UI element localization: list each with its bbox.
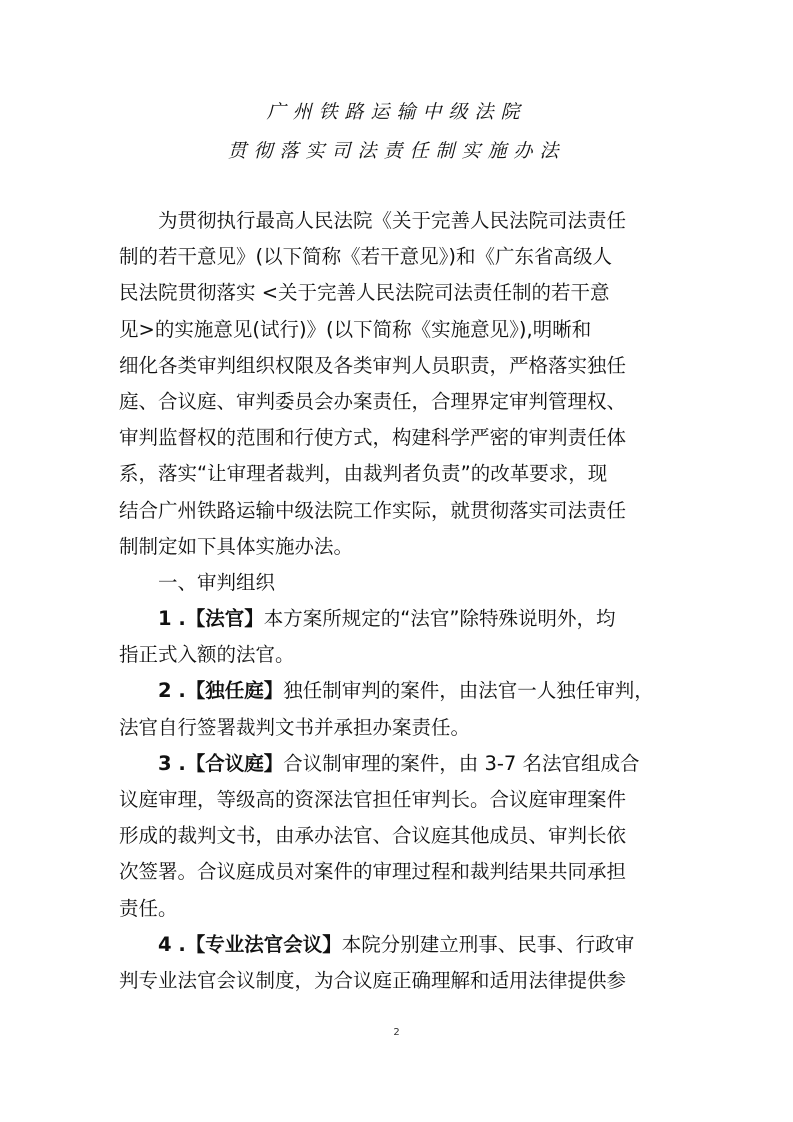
item-number: 4 . [158, 927, 186, 963]
item-line: 形成的裁判文书，由承办法官、合议庭其他成员、审判长依 [119, 818, 679, 854]
item-line: 责任。 [119, 891, 679, 927]
preamble-line: 为贯彻执行最高人民法院《关于完善人民法院司法责任 [119, 203, 679, 239]
preamble-line: 制的若干意见》(以下简称《若干意见》)和《广东省高级人 [119, 239, 679, 275]
preamble-line: 庭、合议庭、审判委员会办案责任，合理界定审判管理权、 [119, 384, 679, 420]
item-line: 次签署。合议庭成员对案件的审理过程和裁判结果共同承担 [119, 854, 679, 890]
item-1-first-line: 1 .【法官】本方案所规定的“法官”除特殊说明外，均 [119, 601, 679, 637]
section-heading: 一、审判组织 [119, 565, 679, 601]
item-label: 【法官】 [186, 601, 264, 637]
preamble-line: 系，落实“让审理者裁判，由裁判者负责”的改革要求，现 [119, 456, 679, 492]
item-line: 议庭审理，等级高的资深法官担任审判长。合议庭审理案件 [119, 782, 679, 818]
preamble-line: 细化各类审判组织权限及各类审判人员职责，严格落实独任 [119, 348, 679, 384]
item-text: 独任制审判的案件，由法官一人独任审判， [283, 673, 654, 709]
item-line: 法官自行签署裁判文书并承担办案责任。 [119, 710, 679, 746]
item-4-first-line: 4 .【专业法官会议】本院分别建立刑事、民事、行政审 [119, 927, 679, 963]
preamble-line: 结合广州铁路运输中级法院工作实际，就贯彻落实司法责任 [119, 493, 679, 529]
preamble-line: 见>的实施意见(试行)》(以下简称《实施意见》),明晰和 [119, 312, 679, 348]
page-number: 2 [0, 1027, 793, 1038]
document-title-line-1: 广州铁路运输中级法院 [0, 97, 793, 124]
item-label: 【专业法官会议】 [186, 927, 342, 963]
item-label: 【独任庭】 [186, 673, 284, 709]
item-3-first-line: 3 .【合议庭】合议制审理的案件，由 3-7 名法官组成合 [119, 746, 679, 782]
item-text: 合议制审理的案件，由 3-7 名法官组成合 [283, 746, 639, 782]
item-number: 3 . [158, 746, 186, 782]
preamble-line: 民法院贯彻落实 <关于完善人民法院司法责任制的若干意 [119, 275, 679, 311]
item-text: 本院分别建立刑事、民事、行政审 [342, 927, 635, 963]
item-line: 判专业法官会议制度，为合议庭正确理解和适用法律提供参 [119, 963, 679, 999]
preamble-line: 审判监督权的范围和行使方式，构建科学严密的审判责任体 [119, 420, 679, 456]
preamble-line: 制制定如下具体实施办法。 [119, 529, 679, 565]
item-number: 2 . [158, 673, 186, 709]
item-number: 1 . [158, 601, 186, 637]
document-body: 为贯彻执行最高人民法院《关于完善人民法院司法责任 制的若干意见》(以下简称《若干… [119, 203, 679, 999]
item-line: 指正式入额的法官。 [119, 637, 679, 673]
item-label: 【合议庭】 [186, 746, 284, 782]
item-text: 本方案所规定的“法官”除特殊说明外，均 [264, 601, 616, 637]
item-2-first-line: 2 .【独任庭】独任制审判的案件，由法官一人独任审判， [119, 673, 679, 709]
document-title-line-2: 贯彻落实司法责任制实施办法 [0, 136, 793, 163]
